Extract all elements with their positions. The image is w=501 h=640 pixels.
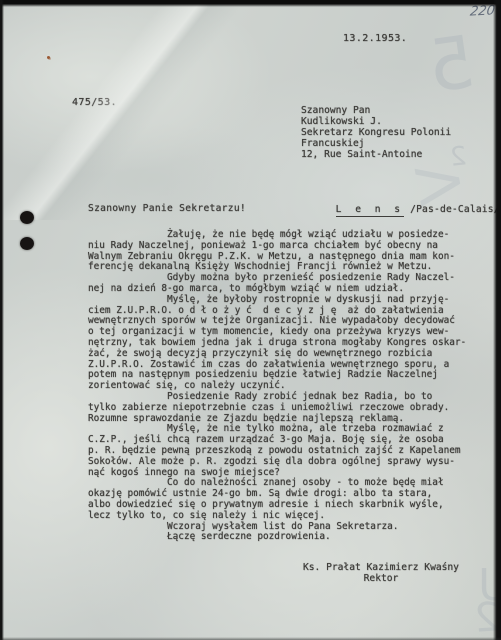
scan-edge-right	[493, 0, 501, 640]
recipient-line: Francuskiej	[301, 138, 500, 149]
recipient-line: Sekretarz Kongresu Polonii	[301, 127, 500, 138]
punch-hole-top	[20, 211, 34, 224]
recipient-line: 12, Rue Saint-Antoine	[301, 149, 500, 160]
body-line: Myślę, że byłoby rostropnie w dyskusji n…	[88, 295, 480, 306]
body-line: niu Rady Naczelnej, ponieważ 1-go marca …	[88, 241, 480, 252]
body-line: Łączę serdeczne pozdrowienia.	[88, 532, 480, 543]
body-line: tylko zabierze niepotrzebnie czas i unie…	[88, 403, 480, 414]
signature-name: Ks. Prałat Kazimierz Kwaśny	[303, 562, 459, 573]
recipient-region: /Pas-de-Calais/	[410, 204, 500, 215]
recipient-address: Szanowny PanKudlikowski J.Sekretarz Kong…	[301, 83, 500, 248]
letter-date: 13.2.1953.	[343, 33, 407, 44]
body-line: Sokołów. Ale może p. R. zgodzi się dla d…	[88, 457, 480, 468]
recipient-city: L e n s	[336, 204, 404, 217]
letter-body: Żałuję, że nie będę mógł wziąć udziału w…	[88, 230, 480, 543]
scan-edge-top	[0, 0, 501, 7]
recipient-city-line: L e n s/Pas-de-Calais/	[301, 193, 500, 226]
recipient-line: Kudlikowski J.	[301, 116, 500, 127]
recipient-line: Szanowny Pan	[301, 105, 500, 116]
paper-crease	[0, 0, 240, 220]
signature-block: Ks. Prałat Kazimierz Kwaśny Rektor	[303, 562, 459, 584]
scan-edge-left	[0, 0, 4, 640]
scanned-letter-page: 5 V 2 U 2 220 13.2.1953. 475/53. Szanown…	[0, 0, 501, 640]
body-line: lecz tylko to, co się należy i nic więce…	[88, 511, 480, 522]
punch-hole-bottom	[20, 237, 34, 250]
body-line: żać, że swoją decyzją przyczynił się do …	[88, 349, 480, 360]
signature-title: Rektor	[303, 573, 459, 584]
